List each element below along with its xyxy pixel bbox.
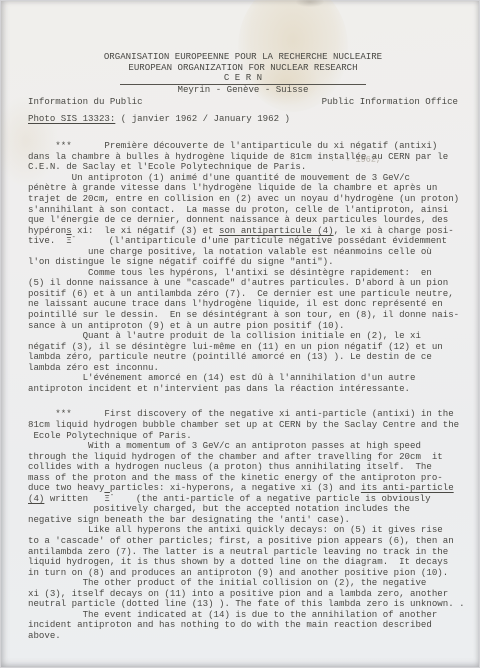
- english-text: (the anti-particle of a negative particl…: [28, 493, 465, 641]
- org-name-french: ORGANISATION EUROPEENNE POUR LA RECHERCH…: [28, 52, 458, 63]
- paragraph-english: *** First discovery of the negative xi a…: [28, 409, 458, 641]
- french-text: *** Première découverte de l'antiparticu…: [28, 140, 459, 235]
- office-label-french: Information du Public: [28, 97, 143, 108]
- english-underlined-phrase: (4): [28, 493, 44, 504]
- english-text: written: [44, 493, 104, 504]
- org-location: Meyrin - Genève - Suisse: [28, 85, 458, 96]
- photo-reference-line: Photo SIS 13323: ( janvier 1962 / Januar…: [28, 114, 458, 125]
- french-text: (l'antiparticule d'une particule négativ…: [28, 235, 459, 394]
- org-acronym: C E R N: [120, 73, 366, 85]
- french-underlined-phrase: son antiparticule (4): [219, 225, 334, 236]
- handwritten-note: ·' - 1962,: [330, 154, 381, 165]
- scanned-document-page: ORGANISATION EUROPEENNE POUR LA RECHERCH…: [0, 0, 480, 668]
- office-label-english: Public Information Office: [322, 97, 458, 108]
- photo-reference: Photo SIS 13323:: [28, 113, 115, 124]
- paragraph-french: *** Première découverte de l'antiparticu…: [28, 141, 458, 394]
- letterhead: ORGANISATION EUROPEENNE POUR LA RECHERCH…: [28, 52, 458, 95]
- org-acronym-row: C E R N: [28, 73, 458, 85]
- photo-date: ( janvier 1962 / January 1962 ): [115, 113, 290, 124]
- document-body: ORGANISATION EUROPEENNE POUR LA RECHERCH…: [28, 0, 458, 641]
- english-text: *** First discovery of the negative xi a…: [28, 408, 459, 493]
- english-underlined-phrase: its anti-particle: [361, 482, 454, 493]
- office-line: Information du Public Public Information…: [28, 97, 458, 108]
